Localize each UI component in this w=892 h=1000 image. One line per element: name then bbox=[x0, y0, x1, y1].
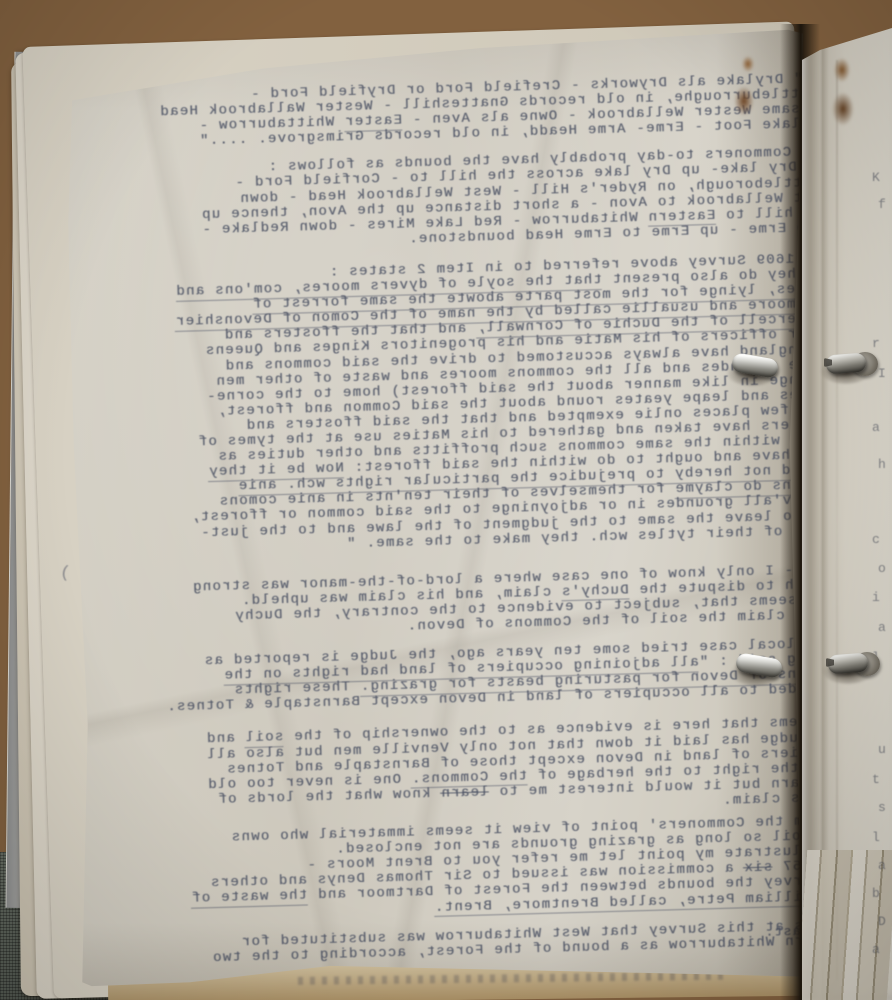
rust-stain bbox=[834, 58, 850, 82]
text-run: the waste of bbox=[191, 888, 308, 909]
text-fragment: o bbox=[878, 561, 886, 576]
split-pin-fastener-left-top bbox=[724, 348, 794, 392]
rust-stain bbox=[734, 86, 754, 116]
bleed-through-text-smudge bbox=[298, 972, 728, 985]
text-fragment: h bbox=[878, 457, 886, 472]
paragraph: Note - I only know of one case where a l… bbox=[100, 562, 843, 643]
text-run: learn bbox=[440, 784, 489, 801]
paragraph: It seems that here is evidence as to the… bbox=[104, 715, 848, 826]
text-fragment: i bbox=[872, 590, 880, 605]
split-pin-fastener-left-bottom bbox=[728, 648, 798, 692]
right-page-edge: KfrIahcoialutslabDa bbox=[802, 0, 892, 1000]
text-fragment: a bbox=[872, 420, 880, 435]
text-fragment: b bbox=[872, 886, 880, 901]
text-fragment: s bbox=[878, 800, 886, 815]
page-crease bbox=[836, 60, 838, 980]
text-fragment: a bbox=[872, 942, 880, 957]
text-fragment: D bbox=[878, 914, 886, 929]
text-fragment: u bbox=[878, 742, 886, 757]
typed-text: " Drylake als Dryworks - Crefield Ford o… bbox=[86, 72, 852, 969]
text-fragment: c bbox=[872, 532, 880, 547]
paragraph: From the Commoners' point of view it see… bbox=[107, 813, 851, 924]
text-fragment: a bbox=[878, 620, 886, 635]
split-pin-fastener-right-top bbox=[818, 346, 888, 390]
paragraph: The 1609 Survey above referred to in Ite… bbox=[91, 252, 841, 559]
text-fragment: l bbox=[872, 830, 880, 845]
rust-stain bbox=[832, 92, 854, 126]
paragraph: It was at this Survey that West Whitabur… bbox=[110, 918, 853, 969]
paragraph: The Commoners to-day probably have the b… bbox=[88, 145, 832, 256]
text-fragment: f bbox=[878, 197, 886, 212]
text-fragment: a bbox=[878, 858, 886, 873]
rust-stain bbox=[742, 56, 754, 72]
main-page: " Drylake als Dryworks - Crefield Ford o… bbox=[30, 24, 810, 990]
photo-of-typed-page-in-binder: " Drylake als Dryworks - Crefield Ford o… bbox=[0, 0, 892, 1000]
text-fragment: t bbox=[872, 772, 880, 787]
split-pin-fastener-right-bottom bbox=[820, 646, 890, 690]
text-fragment: K bbox=[872, 170, 880, 185]
paragraph: " Drylake als Dryworks - Crefield Ford o… bbox=[86, 72, 829, 153]
